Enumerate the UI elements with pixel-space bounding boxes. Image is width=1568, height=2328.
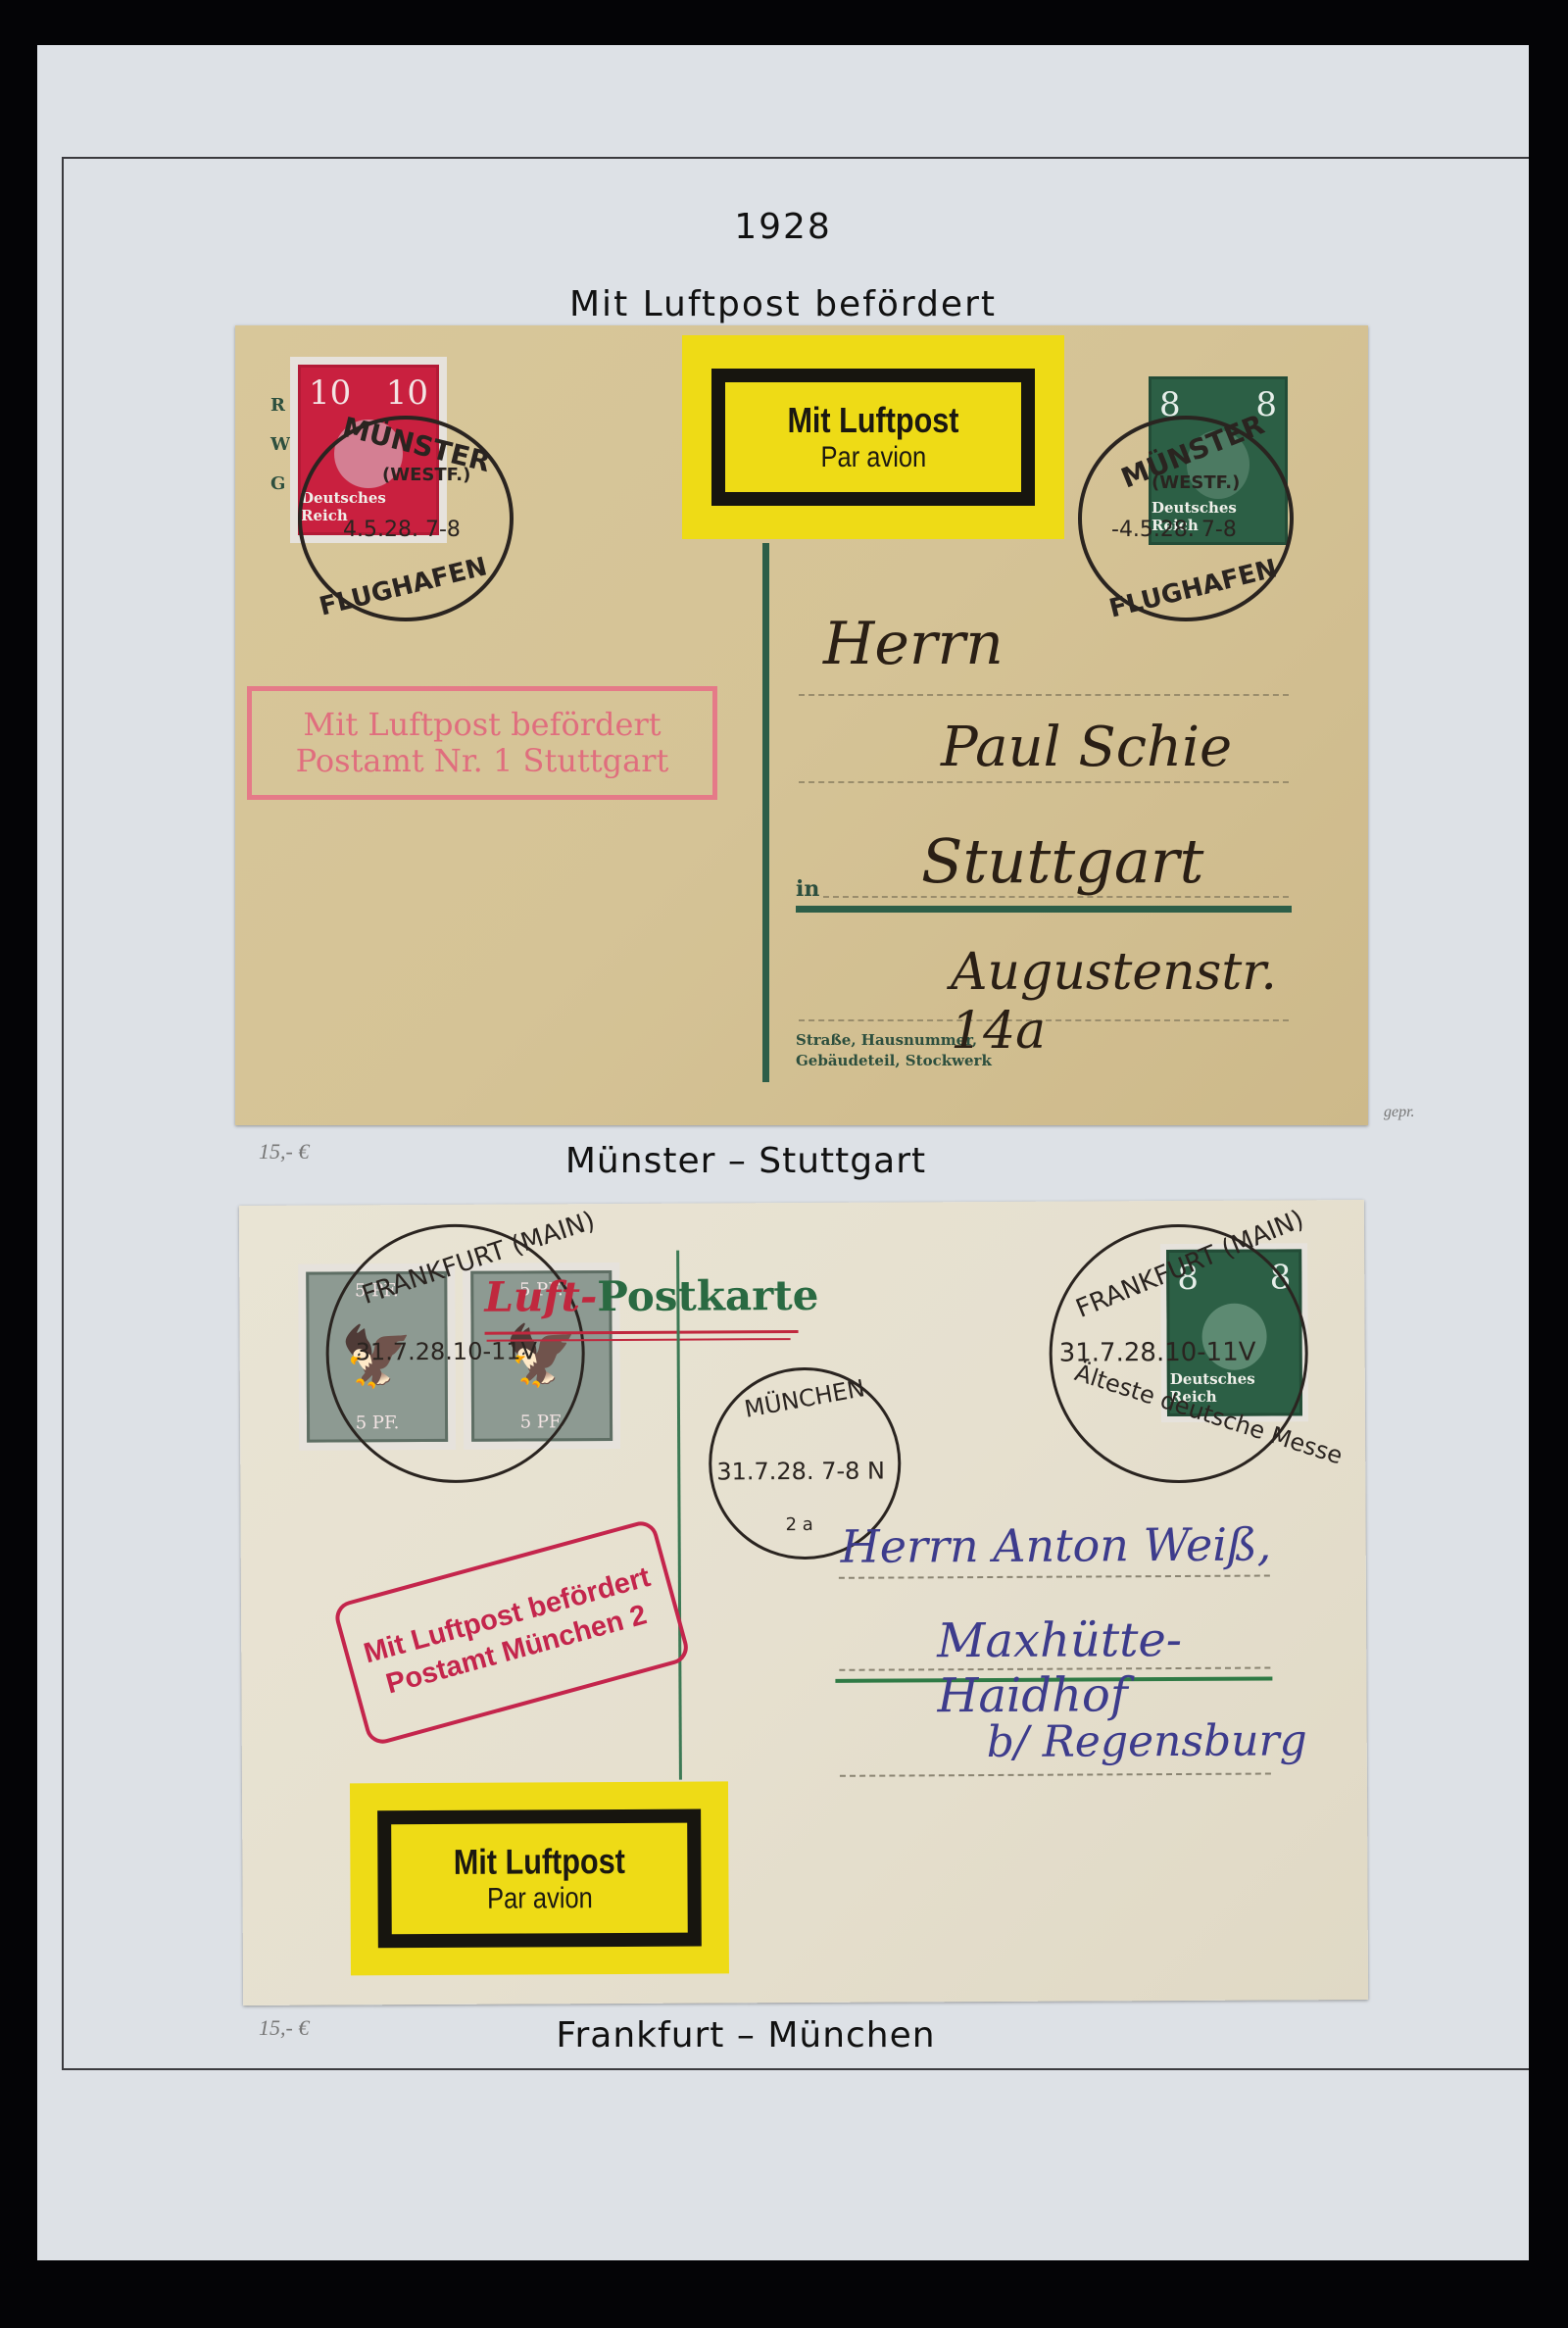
address-recipient: Herrn Anton Weiß, — [841, 1518, 1272, 1573]
address-underline — [796, 906, 1292, 913]
postmark-region: (WESTF.) — [1151, 472, 1240, 493]
heading-postkarte: Postkarte — [597, 1271, 818, 1320]
stamp-value: 10 — [386, 373, 428, 413]
address-recipient-name: Paul Schie — [941, 716, 1232, 779]
cachet-munchen: Mit Luftpost befördert Postamt München 2 — [331, 1517, 692, 1747]
printed-in: in — [796, 876, 819, 902]
airmail-label: Mit Luftpost Par avion — [682, 335, 1064, 539]
address-street: Augustenstr. 14a — [951, 943, 1368, 1061]
postmark-region: (WESTF.) — [382, 465, 470, 485]
airmail-label-line2: Par avion — [487, 1882, 593, 1916]
address-line — [839, 1575, 1270, 1579]
address-city: Stuttgart — [921, 825, 1203, 897]
page-subtitle: Mit Luftpost befördert — [37, 284, 1529, 324]
postmark-date: 31.7.28. 7-8 N — [716, 1458, 885, 1486]
stamp-value: 10 — [309, 373, 351, 413]
airmail-label-line1: Mit Luftpost — [454, 1841, 625, 1883]
address-line — [799, 781, 1289, 783]
cachet-line1: Mit Luftpost befördert — [303, 707, 661, 743]
postmark-date: 4.5.28. 7-8 — [343, 518, 461, 542]
album-page: 1928 Mit Luftpost befördert RWG 1010 Deu… — [37, 45, 1529, 2260]
postmark-bottom: 2 a — [786, 1514, 813, 1535]
address-town: Maxhütte-Haidhof — [937, 1611, 1367, 1723]
postcard-frankfurt-munchen[interactable]: 5 PF. 🦅 5 PF. 5 PF. 🦅 5 PF. FRANKFURT (M… — [239, 1200, 1368, 2006]
heading-luft: Luft- — [484, 1272, 597, 1321]
address-recipient-title: Herrn — [823, 610, 1004, 678]
cachet-line2: Postamt Nr. 1 Stuttgart — [296, 743, 669, 779]
airmail-label-line1: Mit Luftpost — [787, 400, 958, 441]
caption-frankfurt-munchen: Frankfurt – München — [0, 2015, 1492, 2056]
address-region: b/ Regensburg — [987, 1715, 1307, 1767]
printed-sender-marks: RWG — [270, 386, 290, 504]
airmail-label-line2: Par avion — [820, 441, 926, 474]
cachet-stuttgart: Mit Luftpost befördert Postamt Nr. 1 Stu… — [247, 686, 717, 800]
page-year: 1928 — [37, 207, 1529, 247]
postmark-date: 31.7.28.10-11V — [356, 1337, 538, 1365]
airmail-label: Mit Luftpost Par avion — [350, 1781, 729, 1975]
expert-signature: gepr. — [1384, 1104, 1415, 1121]
heading-underline-2 — [487, 1338, 791, 1342]
postmark-date: -4.5.28. 7-8 — [1111, 518, 1237, 542]
heading-underline — [485, 1330, 799, 1335]
card-divider — [762, 543, 769, 1082]
postcard-munster-stuttgart[interactable]: RWG 1010 Deutsches Reich MÜNSTER (WESTF.… — [235, 325, 1368, 1125]
card-heading: Luft-Postkarte — [484, 1271, 818, 1321]
address-line — [840, 1773, 1271, 1777]
caption-munster-stuttgart: Münster – Stuttgart — [0, 1141, 1492, 1181]
address-line — [799, 694, 1289, 696]
